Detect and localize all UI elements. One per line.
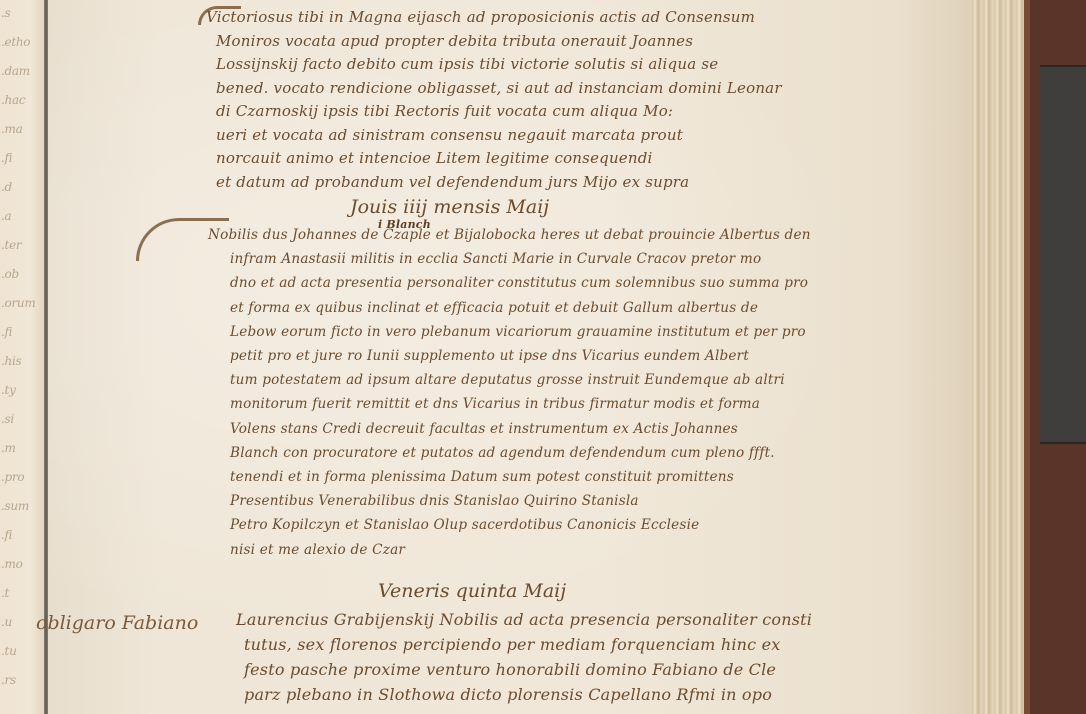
left-page-fragment: ...t: [0, 586, 9, 600]
left-page-fragment: ...his: [0, 354, 21, 368]
manuscript-line: di Czarnoskij ipsis tibi Rectoris fuit v…: [216, 102, 673, 120]
left-page-fragment: ...ma: [0, 122, 22, 136]
manuscript-line: Victoriosus tibi in Magna eijasch ad pro…: [206, 8, 755, 26]
manuscript-line: petit pro et jure ro Iunii supplemento u…: [230, 348, 749, 364]
left-page-fragment: ...hac: [0, 93, 25, 107]
board-cover: [1040, 65, 1086, 444]
left-page-fragment: ...fi: [0, 528, 12, 542]
left-facing-page: ...s...etho...dam...hac...ma...fi...d...…: [0, 0, 44, 714]
manuscript-line: Volens stans Credi decreuit facultas et …: [230, 421, 738, 437]
left-page-fragment: ...m: [0, 441, 16, 455]
manuscript-line: Moniros vocata apud propter debita tribu…: [216, 32, 693, 50]
left-page-fragment: ...a: [0, 209, 11, 223]
manuscript-line: tutus, sex florenos percipiendo per medi…: [244, 635, 781, 654]
left-page-fragment: ...mo: [0, 557, 23, 571]
manuscript-line: et datum ad probandum vel defendendum ju…: [216, 173, 689, 191]
left-page-fragment: ...d: [0, 180, 12, 194]
left-page-fragment: ...ter: [0, 238, 21, 252]
marginal-note: obligaro Fabiano: [36, 612, 198, 634]
left-page-fragment: ...fi: [0, 151, 12, 165]
entry-3-heading: Veneris quinta Maij: [378, 580, 566, 602]
left-page-fragment: ...s: [0, 6, 10, 20]
left-page-fragment: ...sum: [0, 499, 29, 513]
manuscript-line: Lebow eorum ficto in vero plebanum vicar…: [230, 324, 806, 340]
manuscript-page: Victoriosus tibi in Magna eijasch ad pro…: [48, 0, 970, 714]
left-page-fragment: ...rs: [0, 673, 16, 687]
manuscript-line: Laurencius Grabijenskij Nobilis ad acta …: [236, 610, 812, 629]
left-page-fragment: ...fi: [0, 325, 12, 339]
left-page-fragment: ...ob: [0, 267, 19, 281]
left-page-fragment: ...u: [0, 615, 12, 629]
manuscript-line: Nobilis dus Johannes de Czaple et Bijalo…: [208, 227, 811, 243]
left-page-fragment: ...orum: [0, 296, 35, 310]
manuscript-line: Petro Kopilczyn et Stanislao Olup sacerd…: [230, 517, 699, 533]
manuscript-line: Blanch con procuratore et putatos ad age…: [230, 445, 775, 461]
left-page-fragment: ...si: [0, 412, 14, 426]
manuscript-line: tenendi et in forma plenissima Datum sum…: [230, 469, 734, 485]
manuscript-line: monitorum fuerit remittit et dns Vicariu…: [230, 396, 760, 412]
manuscript-line: et forma ex quibus inclinat et efficacia…: [230, 300, 758, 316]
manuscript-line: norcauit animo et intencioe Litem legiti…: [216, 149, 653, 167]
manuscript-line: infram Anastasii militis in ecclia Sanct…: [230, 251, 761, 267]
left-page-fragment: ...tu: [0, 644, 17, 658]
page-edges: [970, 0, 1030, 714]
manuscript-line: tum potestatem ad ipsum altare deputatus…: [230, 372, 785, 388]
manuscript-line: Lossijnskij facto debito cum ipsis tibi …: [216, 55, 718, 73]
manuscript-line: ueri et vocata ad sinistram consensu neg…: [216, 126, 683, 144]
manuscript-line: nisi et me alexio de Czar: [230, 542, 405, 558]
manuscript-line: bened. vocato rendicione obligasset, si …: [216, 79, 782, 97]
manuscript-line: parz plebano in Slothowa dicto plorensis…: [244, 685, 772, 704]
left-page-fragment: ...pro: [0, 470, 24, 484]
left-page-fragment: ...ty: [0, 383, 16, 397]
manuscript-line: festo pasche proxime venturo honorabili …: [244, 660, 776, 679]
manuscript-line: Presentibus Venerabilibus dnis Stanislao…: [230, 493, 639, 509]
left-page-fragment: ...dam: [0, 64, 30, 78]
manuscript-line: dno et ad acta presentia personaliter co…: [230, 275, 808, 291]
entry-2-heading: Jouis iiij mensis Maij: [350, 196, 549, 218]
left-page-fragment: ...etho: [0, 35, 30, 49]
